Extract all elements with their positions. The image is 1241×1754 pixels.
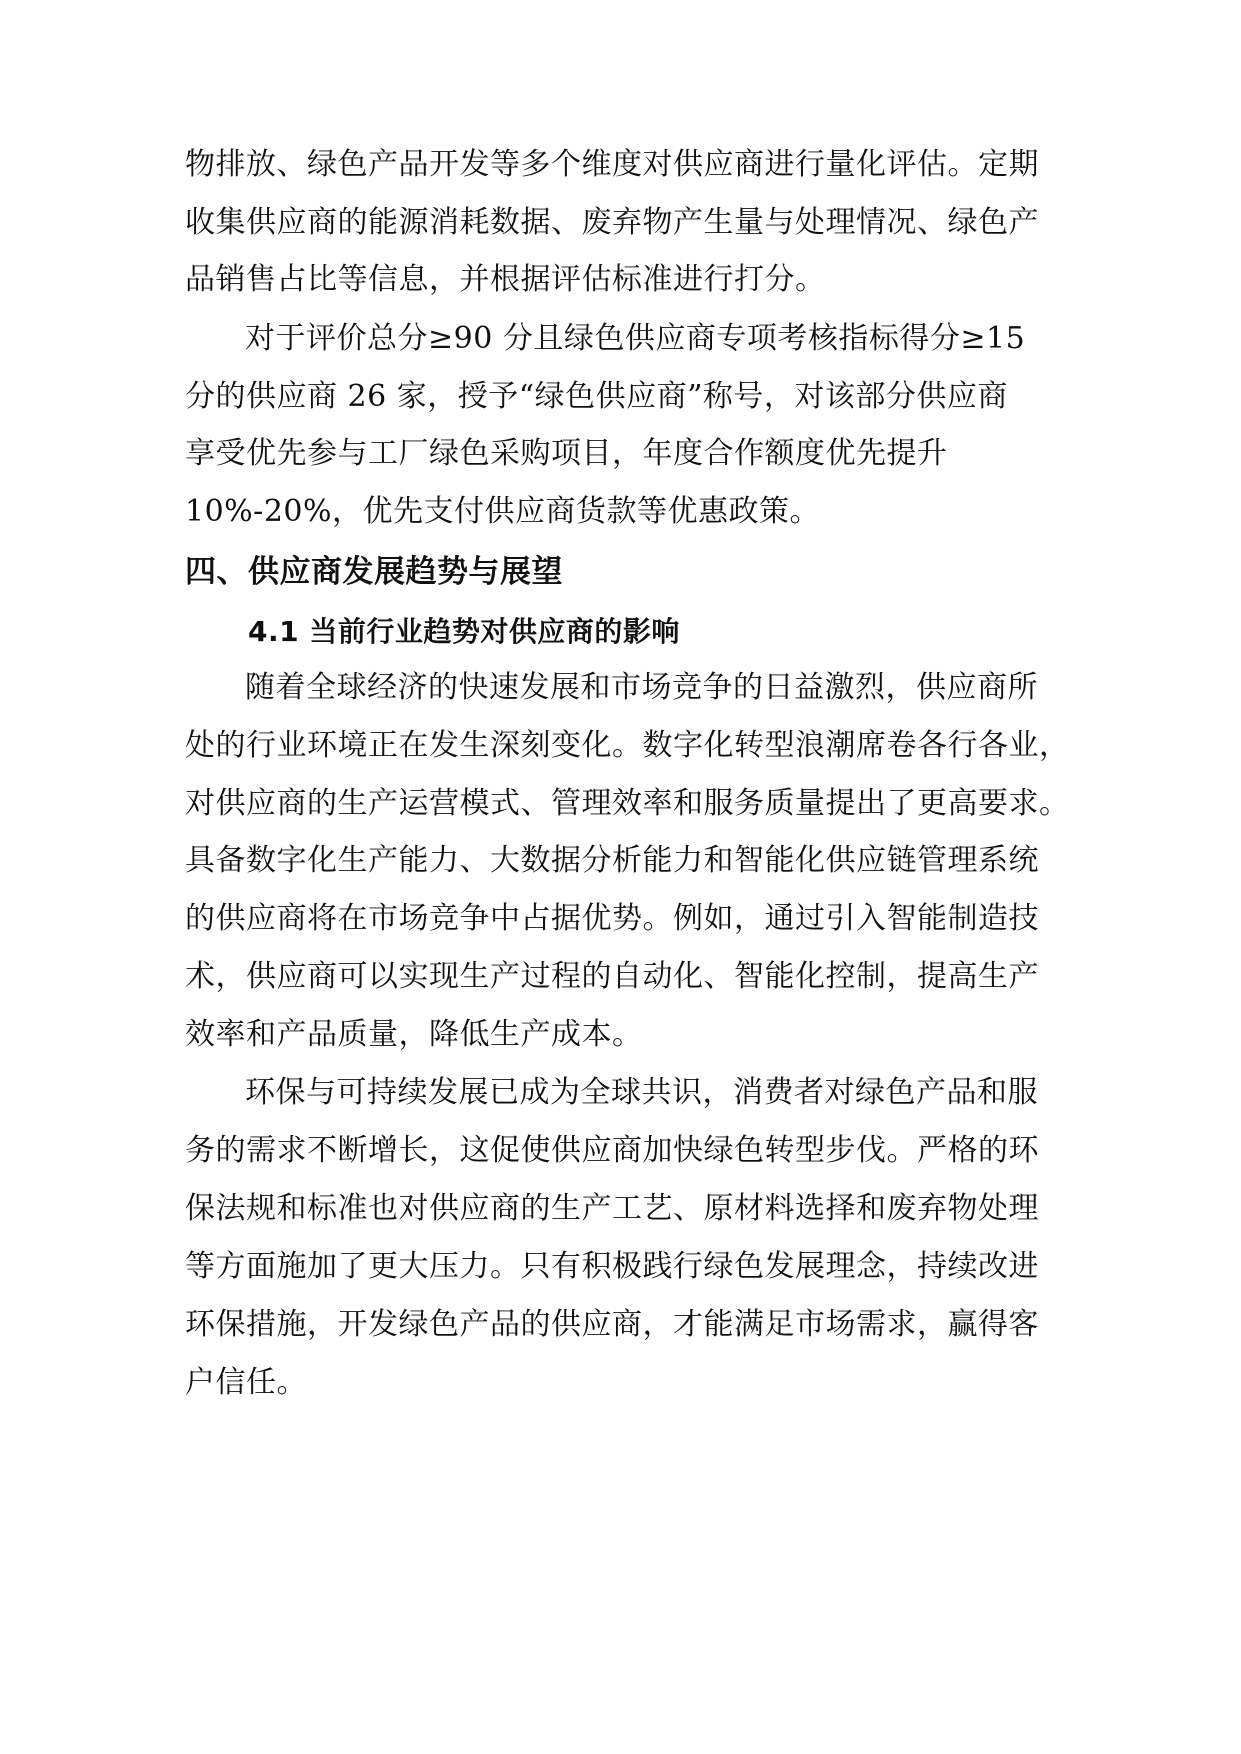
body-text-line: 具备数字化生产能力、大数据分析能力和智能化供应链管理系统 bbox=[185, 841, 1039, 881]
document-page: 物排放、绿色产品开发等多个维度对供应商进行量化评估。定期 收集供应商的能源消耗数… bbox=[0, 0, 1241, 1754]
body-text-line: 物排放、绿色产品开发等多个维度对供应商进行量化评估。定期 bbox=[185, 145, 1039, 185]
body-text-line: 的供应商将在市场竞争中占据优势。例如，通过引入智能制造技 bbox=[185, 899, 1039, 939]
body-text-line: 10%-20%，优先支付供应商货款等优惠政策。 bbox=[185, 492, 820, 532]
body-text-line: 务的需求不断增长，这促使供应商加快绿色转型步伐。严格的环 bbox=[185, 1131, 1039, 1171]
body-text-line: 等方面施加了更大压力。只有积极践行绿色发展理念，持续改进 bbox=[185, 1247, 1039, 1287]
body-text-line: 对供应商的生产运营模式、管理效率和服务质量提出了更高要求。 bbox=[185, 784, 1070, 824]
body-text-line: 随着全球经济的快速发展和市场竞争的日益激烈，供应商所 bbox=[245, 668, 1038, 708]
body-text-line: 分的供应商 26 家，授予“绿色供应商”称号，对该部分供应商 bbox=[185, 377, 1008, 417]
body-text-line: 环保措施，开发绿色产品的供应商，才能满足市场需求，赢得客 bbox=[185, 1305, 1039, 1345]
body-text-line: 户信任。 bbox=[185, 1363, 307, 1403]
subsection-heading: 4.1 当前行业趋势对供应商的影响 bbox=[248, 612, 680, 652]
body-text-line: 效率和产品质量，降低生产成本。 bbox=[185, 1015, 643, 1055]
body-text-line: 享受优先参与工厂绿色采购项目，年度合作额度优先提升 bbox=[185, 434, 948, 474]
body-text-line: 环保与可持续发展已成为全球共识，消费者对绿色产品和服 bbox=[245, 1073, 1038, 1113]
body-text-line: 收集供应商的能源消耗数据、废弃物产生量与处理情况、绿色产 bbox=[185, 203, 1039, 243]
body-text-line: 对于评价总分≥90 分且绿色供应商专项考核指标得分≥15 bbox=[245, 319, 1025, 359]
body-text-line: 术，供应商可以实现生产过程的自动化、智能化控制，提高生产 bbox=[185, 957, 1039, 997]
body-text-line: 品销售占比等信息，并根据评估标准进行打分。 bbox=[185, 260, 826, 300]
section-heading: 四、供应商发展趋势与展望 bbox=[185, 552, 563, 592]
body-text-line: 保法规和标准也对供应商的生产工艺、原材料选择和废弃物处理 bbox=[185, 1189, 1039, 1229]
body-text-line: 处的行业环境正在发生深刻变化。数字化转型浪潮席卷各行各业， bbox=[185, 726, 1070, 766]
